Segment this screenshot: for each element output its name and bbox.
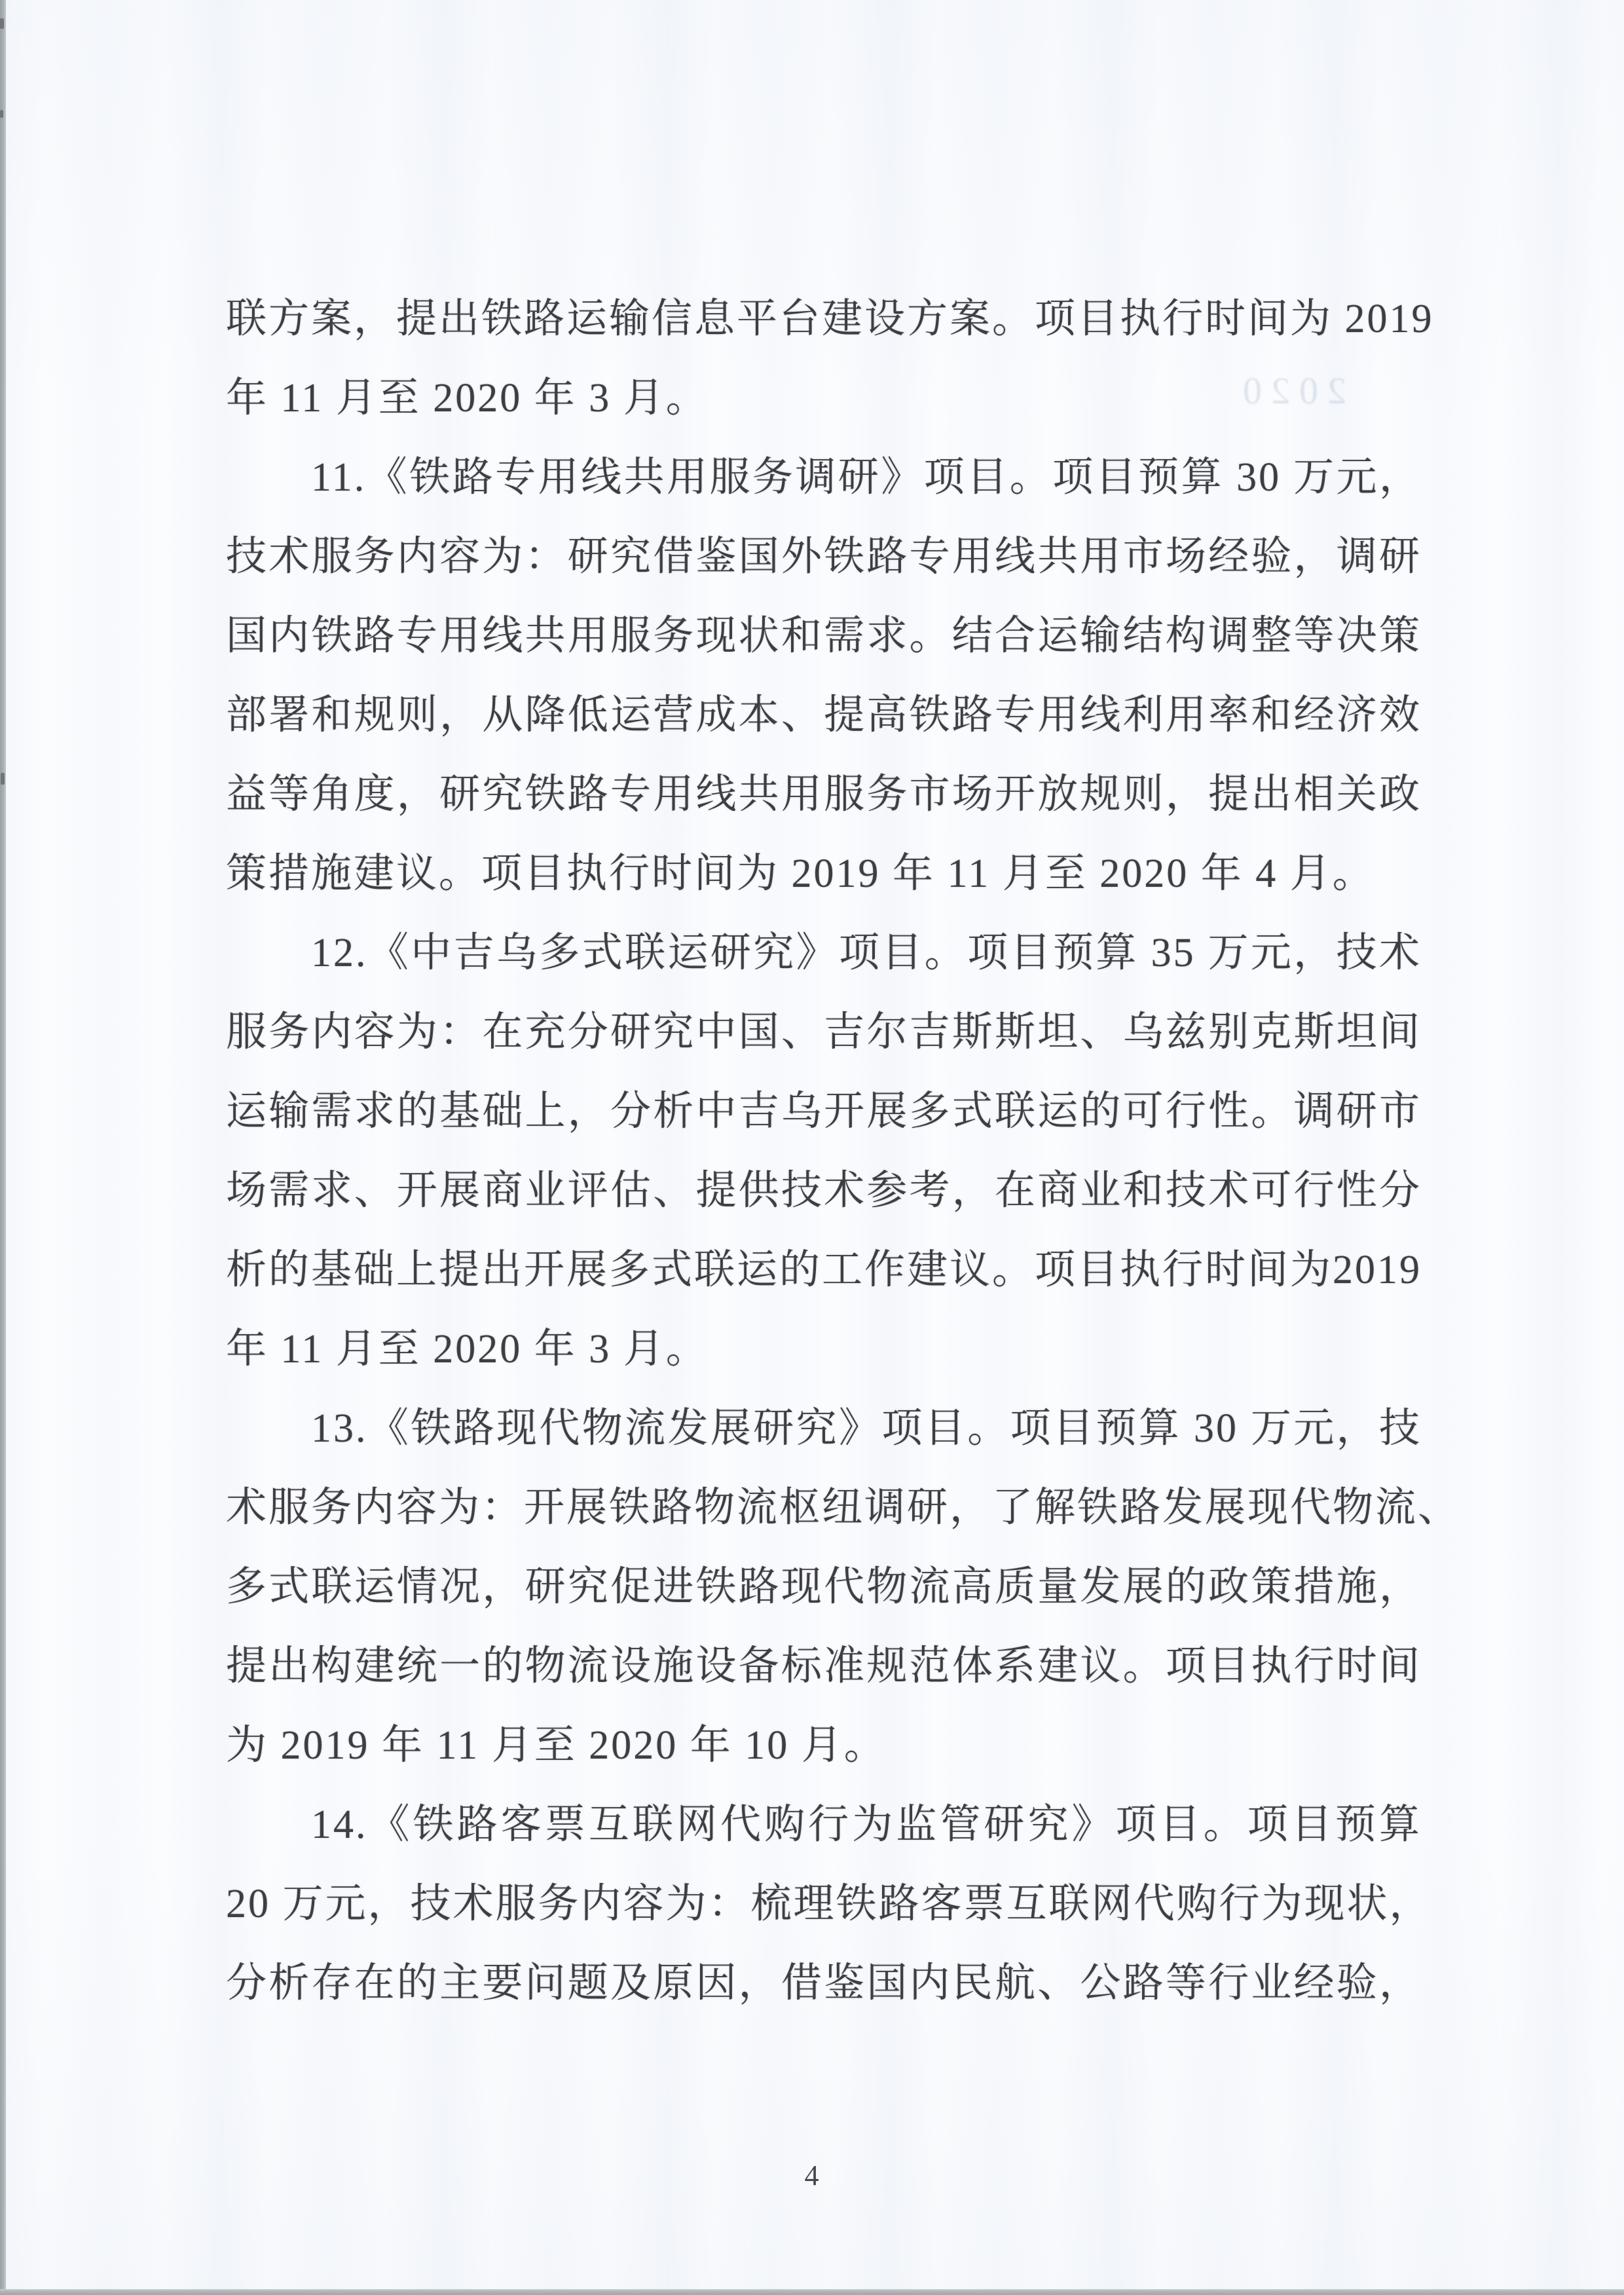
text-line: 分析存在的主要问题及原因，借鉴国内民航、公路等行业经验， (226, 1944, 1422, 2023)
text-line: 年 11 月至 2020 年 3 月。 (226, 1310, 1422, 1389)
text-line: 析的基础上提出开展多式联运的工作建议。项目执行时间为2019 (226, 1231, 1422, 1310)
text-line: 为 2019 年 11 月至 2020 年 10 月。 (226, 1706, 1422, 1785)
text-line: 国内铁路专用线共用服务现状和需求。结合运输结构调整等决策 (226, 597, 1422, 676)
text-line: 服务内容为：在充分研究中国、吉尔吉斯斯坦、乌兹别克斯坦间 (226, 993, 1422, 1072)
text-line: 13.《铁路现代物流发展研究》项目。项目预算 30 万元，技 (226, 1389, 1422, 1468)
document-body: 联方案，提出铁路运输信息平台建设方案。项目执行时间为 2019 年 11 月至 … (226, 280, 1422, 2023)
text-line: 益等角度，研究铁路专用线共用服务市场开放规则，提出相关政 (226, 755, 1422, 834)
text-line: 提出构建统一的物流设施设备标准规范体系建议。项目执行时间 (226, 1627, 1422, 1706)
scanned-document-page: 2020 联方案，提出铁路运输信息平台建设方案。项目执行时间为 2019 年 1… (0, 0, 1624, 2295)
text-line: 20 万元，技术服务内容为：梳理铁路客票互联网代购行为现状， (226, 1865, 1422, 1944)
scan-speck (1, 773, 5, 785)
text-line: 11.《铁路专用线共用服务调研》项目。项目预算 30 万元， (226, 438, 1422, 517)
text-line: 14.《铁路客票互联网代购行为监管研究》项目。项目预算 (226, 1785, 1422, 1865)
scan-edge-left (0, 0, 6, 2295)
text-line: 场需求、开展商业评估、提供技术参考，在商业和技术可行性分 (226, 1151, 1422, 1231)
text-line: 年 11 月至 2020 年 3 月。 (226, 359, 1422, 438)
text-line: 技术服务内容为：研究借鉴国外铁路专用线共用市场经验，调研 (226, 517, 1422, 597)
scan-speck (0, 18, 4, 29)
text-line: 部署和规则，从降低运营成本、提高铁路专用线利用率和经济效 (226, 676, 1422, 755)
text-line: 多式联运情况，研究促进铁路现代物流高质量发展的政策措施， (226, 1548, 1422, 1627)
page-number: 4 (0, 2159, 1624, 2192)
scan-speck (0, 110, 3, 118)
text-line: 12.《中吉乌多式联运研究》项目。项目预算 35 万元，技术 (226, 914, 1422, 993)
scan-edge-bottom (0, 2289, 1624, 2295)
text-line: 运输需求的基础上，分析中吉乌开展多式联运的可行性。调研市 (226, 1072, 1422, 1151)
text-line: 联方案，提出铁路运输信息平台建设方案。项目执行时间为 2019 (226, 280, 1422, 359)
text-line: 术服务内容为：开展铁路物流枢纽调研，了解铁路发展现代物流、 (226, 1468, 1422, 1548)
text-line: 策措施建议。项目执行时间为 2019 年 11 月至 2020 年 4 月。 (226, 834, 1422, 914)
